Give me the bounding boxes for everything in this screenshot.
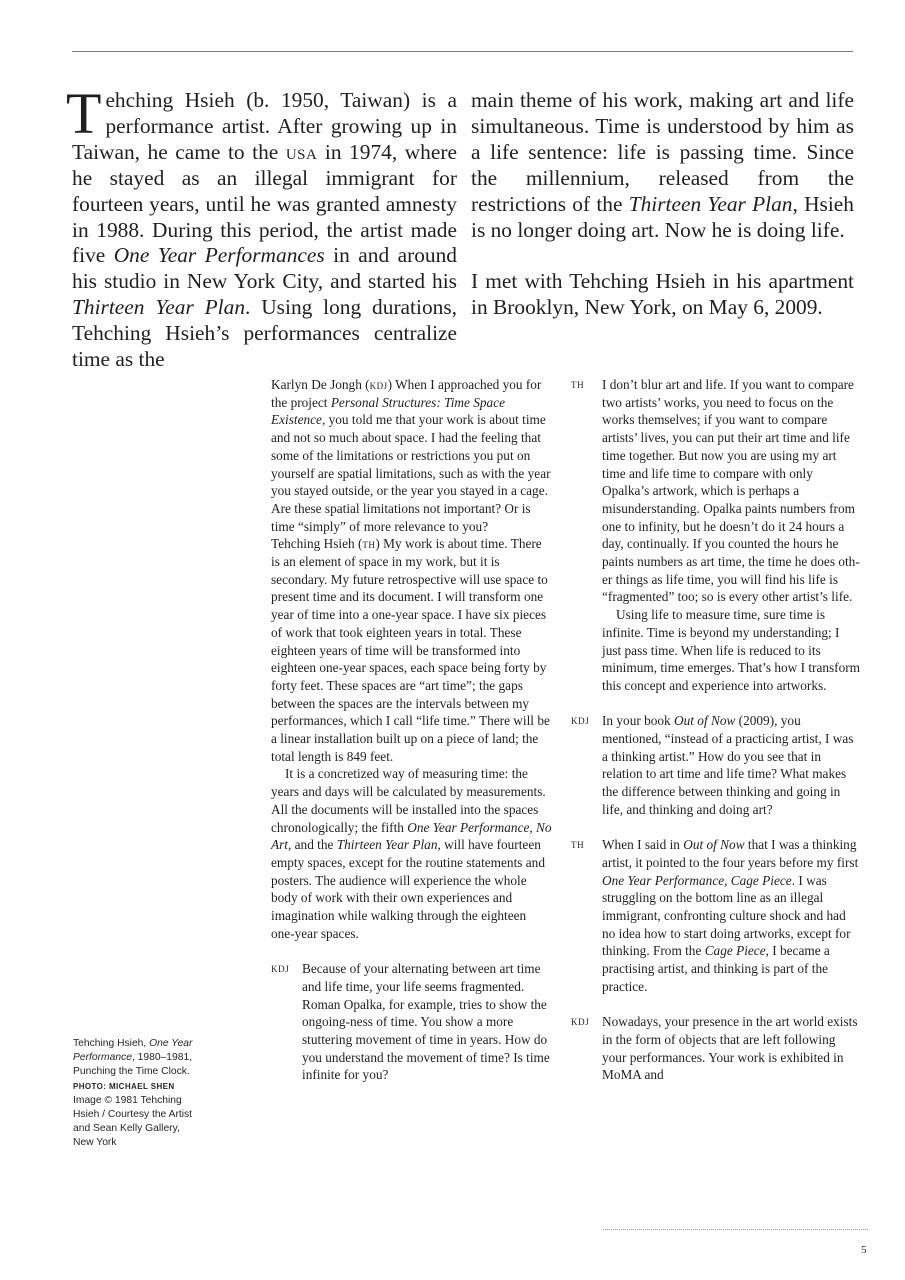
work-title: One Year Perform­ance, Cage Piece [602,873,792,888]
answer-2: TH I don’t blur art and life. If you wan… [571,376,861,695]
work-title: Thirteen Year Plan [629,192,793,216]
book-title: Out of Now [683,837,744,852]
drop-cap: T [66,92,101,136]
interview-column-right: TH I don’t blur art and life. If you wan… [571,376,861,1102]
photo-credit: PHOTO: MICHAEL SHEN [73,1080,198,1094]
work-title: Thirteen Year Plan [72,295,245,319]
question-3: KDJ In your book Out of Now (2009), you … [571,712,861,818]
intro-paragraph: main theme of his work, making art and l… [471,88,854,243]
speaker-tag: KDJ [271,960,302,1084]
footer-dotted-rule [603,1229,868,1230]
page-number: 5 [861,1244,867,1256]
question-4: KDJ Nowadays, your presence in the art w… [571,1013,861,1084]
intro-right-column: main theme of his work, making art and l… [471,88,854,321]
intro-paragraph: Tehching Hsieh (b. 1950, Taiwan) is a pe… [72,88,457,373]
top-rule [72,51,853,52]
work-title: One Year Performances [114,243,325,267]
interview-column-left: Karlyn De Jongh (KDJ) When I approached … [271,376,553,1102]
work-title: Cage Piece [705,943,766,958]
copyright-line: Image © 1981 Tehching Hsieh / Courtesy t… [73,1094,198,1151]
answer-1: Tehching Hsieh (TH) My work is about tim… [271,535,553,942]
question-1: Karlyn De Jongh (KDJ) When I approached … [271,376,553,535]
book-title: Out of Now [674,713,735,728]
answer-3: TH When I said in Out of Now that I was … [571,836,861,995]
question-2: KDJ Because of your alternating between … [271,960,553,1084]
speaker-tag: KDJ [571,1013,602,1084]
speaker-abbr: KDJ [370,377,388,392]
speaker-abbr: TH [362,536,375,551]
work-title: Thirteen Year Plan [337,837,438,852]
meeting-statement: I met with Tehching Hsieh in his apartme… [471,269,854,321]
speaker-tag: TH [571,376,602,695]
speaker-tag: KDJ [571,712,602,818]
intro-left-column: Tehching Hsieh (b. 1950, Taiwan) is a pe… [72,88,457,373]
image-caption: Tehching Hsieh, One Year Performance, 19… [73,1037,198,1151]
speaker-tag: TH [571,836,602,995]
usa-small-caps: USA [286,140,318,164]
